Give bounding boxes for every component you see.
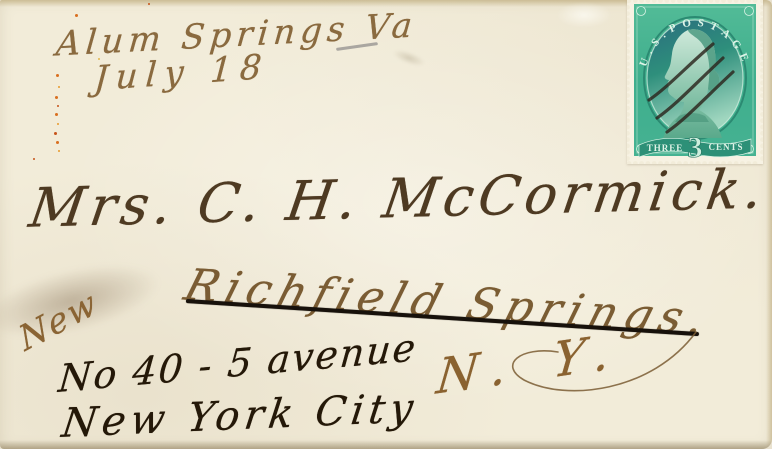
stamp-graphic: U.S.POSTAGE THREE CENTS 3 xyxy=(627,0,763,164)
stamp-three-label: THREE xyxy=(647,143,684,153)
address-state: N. Y. xyxy=(434,326,628,402)
crease-mark xyxy=(391,47,427,70)
envelope-scan: Alum Springs Va July 18 xyxy=(0,0,772,449)
postage-stamp: U.S.POSTAGE THREE CENTS 3 xyxy=(627,0,763,164)
address-city: New York City xyxy=(60,388,421,444)
postmark-date: July 18 xyxy=(93,50,271,97)
stamp-cents-label: CENTS xyxy=(708,142,743,152)
crease-mark xyxy=(556,2,612,28)
address-recipient: Mrs. C. H. McCormick. xyxy=(26,162,771,236)
